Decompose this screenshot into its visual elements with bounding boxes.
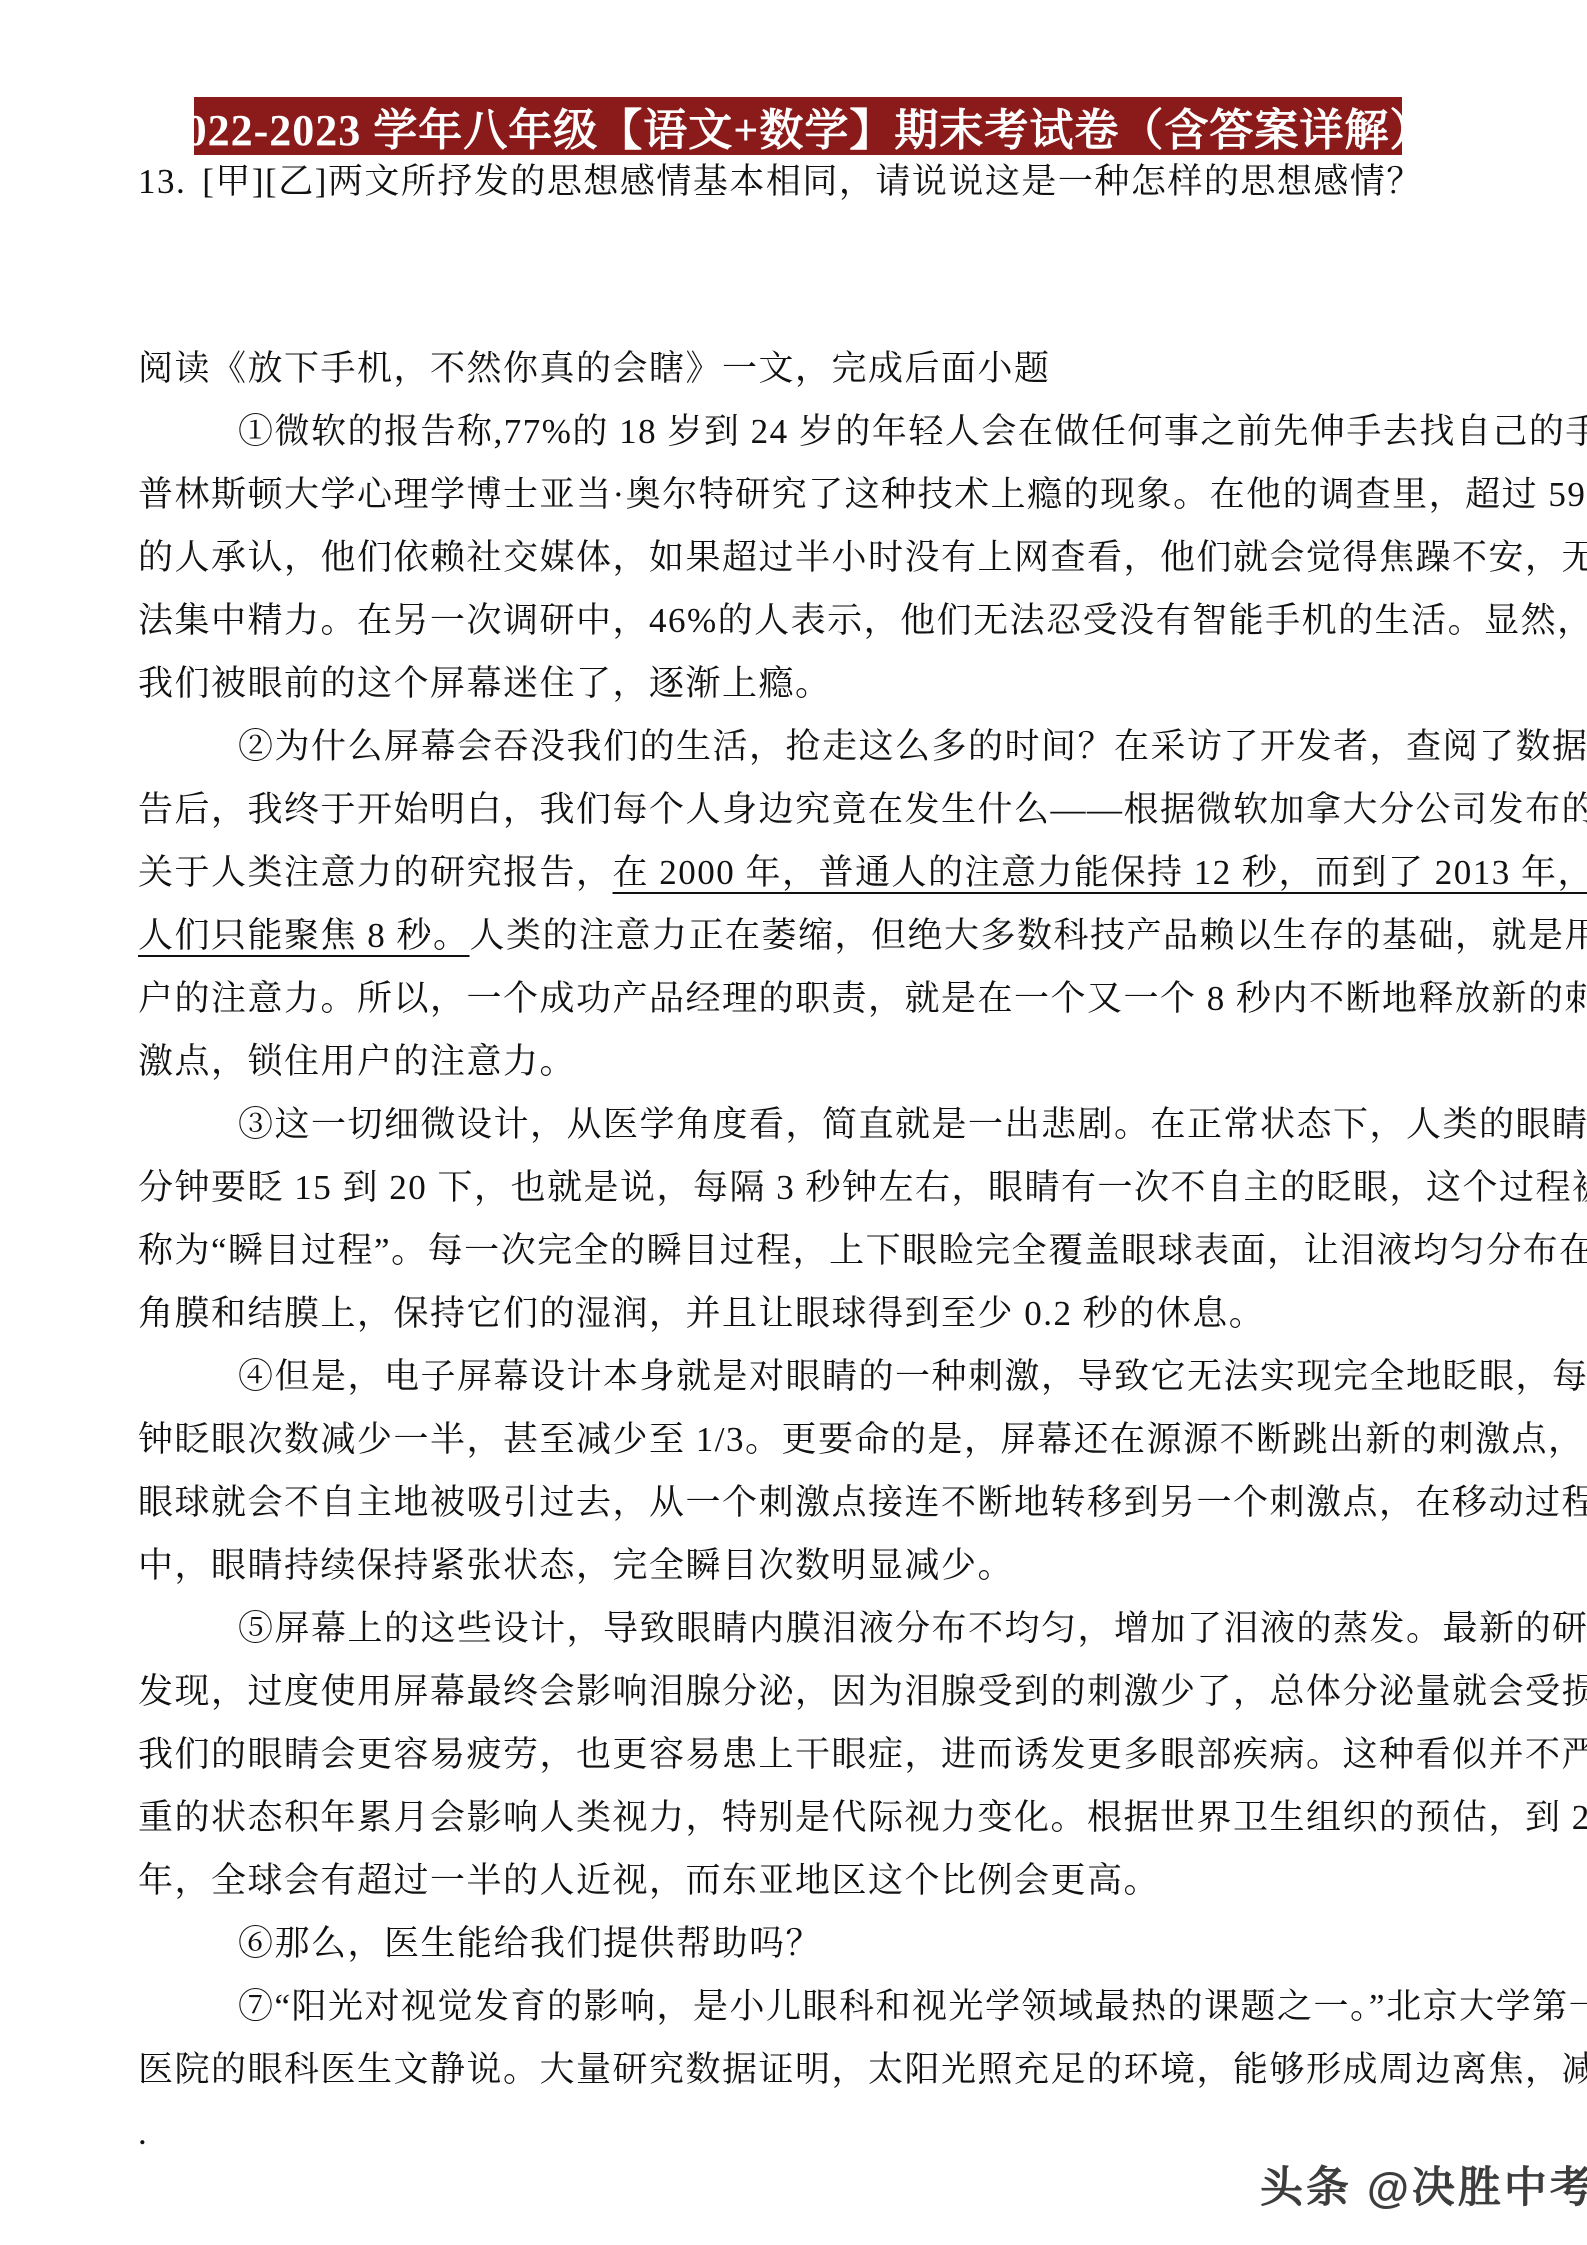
passage-text: 中，眼睛持续保持紧张状态，完全瞬目次数明显减少。 (138, 1546, 1014, 1585)
passage-line: ①微软的报告称,77%的 18 岁到 24 岁的年轻人会在做任何事之前先伸手去找… (138, 400, 1518, 463)
passage-text: 我们被眼前的这个屏幕迷住了，逐渐上瘾。 (138, 664, 832, 703)
passage-text: ③这一切细微设计，从医学角度看，简直就是一出悲剧。在正常状态下，人类的眼睛每 (238, 1105, 1587, 1144)
passage-line: 重的状态积年累月会影响人类视力，特别是代际视力变化。根据世界卫生组织的预估，到 … (138, 1786, 1518, 1849)
passage-text: ⑥那么，医生能给我们提供帮助吗？ (238, 1924, 822, 1963)
passage-line: 普林斯顿大学心理学博士亚当·奥尔特研究了这种技术上瘾的现象。在他的调查里，超过 … (138, 463, 1518, 526)
passage-text: 关于人类注意力的研究报告， (138, 853, 613, 892)
passage-line: 激点，锁住用户的注意力。 (138, 1030, 1518, 1093)
passage-text: 普林斯顿大学心理学博士亚当·奥尔特研究了这种技术上瘾的现象。在他的调查里，超过 … (138, 475, 1587, 514)
passage-text: 分钟要眨 15 到 20 下，也就是说，每隔 3 秒钟左右，眼睛有一次不自主的眨… (138, 1168, 1587, 1207)
passage-line: ②为什么屏幕会吞没我们的生活，抢走这么多的时间？在采访了开发者，查阅了数据报 (138, 715, 1518, 778)
passage-text: 重的状态积年累月会影响人类视力，特别是代际视力变化。根据世界卫生组织的预估，到 … (138, 1798, 1587, 1837)
passage-line: 眼球就会不自主地被吸引过去，从一个刺激点接连不断地转移到另一个刺激点，在移动过程 (138, 1471, 1518, 1534)
passage-line: 角膜和结膜上，保持它们的湿润，并且让眼球得到至少 0.2 秒的休息。 (138, 1282, 1518, 1345)
passage-line: ④但是，电子屏幕设计本身就是对眼睛的一种刺激，导致它无法实现完全地眨眼，每分 (138, 1345, 1518, 1408)
passage-line: 的人承认，他们依赖社交媒体，如果超过半小时没有上网查看，他们就会觉得焦躁不安，无 (138, 526, 1518, 589)
passage-text: 人类的注意力正在萎缩，但 (470, 916, 908, 955)
passage-text: 我们的眼睛会更容易疲劳，也更容易患上干眼症，进而诱发更多眼部疾病。这种看似并不严 (138, 1735, 1587, 1774)
exam-title: 2022-2023 学年八年级【语文+数学】期末考试卷（含答案详解） (162, 94, 1435, 158)
passage-line: ⑦“阳光对视觉发育的影响，是小儿眼科和视光学领域最热的课题之一。”北京大学第一 (138, 1975, 1518, 2038)
passage-text: ②为什么屏幕会吞没我们的生活，抢走这么多的时间？在采访了开发者，查阅了数据报 (238, 727, 1587, 766)
watermark: 头条 @决胜中考 (1260, 2160, 1587, 2216)
passage-line: 我们的眼睛会更容易疲劳，也更容易患上干眼症，进而诱发更多眼部疾病。这种看似并不严 (138, 1723, 1518, 1786)
passage-line: 医院的眼科医生文静说。大量研究数据证明，太阳光照充足的环境，能够形成周边离焦，减 (138, 2038, 1518, 2101)
passage-text: 户的注意力。所以，一个成功产品经理的职责，就是在一个又一个 8 秒内不断地释放新… (138, 979, 1587, 1018)
passage-line: 中，眼睛持续保持紧张状态，完全瞬目次数明显减少。 (138, 1534, 1518, 1597)
passage-line: 发现，过度使用屏幕最终会影响泪腺分泌，因为泪腺受到的刺激少了，总体分泌量就会受损… (138, 1660, 1518, 1723)
passage-line: ⑥那么，医生能给我们提供帮助吗？ (138, 1912, 1518, 1975)
passage-line: 分钟要眨 15 到 20 下，也就是说，每隔 3 秒钟左右，眼睛有一次不自主的眨… (138, 1156, 1518, 1219)
passage-line: 人们只能聚焦 8 秒。人类的注意力正在萎缩，但绝大多数科技产品赖以生存的基础，就… (138, 904, 1518, 967)
passage-text: 眼球就会不自主地被吸引过去，从一个刺激点接连不断地转移到另一个刺激点，在移动过程 (138, 1483, 1587, 1522)
passage-text: 称为“瞬目过程”。每一次完全的瞬目过程，上下眼睑完全覆盖眼球表面，让泪液均匀分布… (138, 1231, 1587, 1270)
underlined-text: 在 2000 年，普通人的注意力能保持 12 秒，而到了 2013 年， (613, 853, 1587, 892)
passage-text: 的人承认，他们依赖社交媒体，如果超过半小时没有上网查看，他们就会觉得焦躁不安，无 (138, 538, 1587, 577)
passage-line: 阅读《放下手机，不然你真的会瞎》一文，完成后面小题 (138, 337, 1518, 400)
passage-text: 发现，过度使用屏幕最终会影响泪腺分泌，因为泪腺受到的刺激少了，总体分泌量就会受损… (138, 1672, 1587, 1711)
passage-line: 告后，我终于开始明白，我们每个人身边究竟在发生什么——根据微软加拿大分公司发布的 (138, 778, 1518, 841)
question-text: [甲][乙]两文所抒发的思想感情基本相同，请说说这是一种怎样的思想感情？ (202, 162, 1423, 201)
passage-line: 法集中精力。在另一次调研中，46%的人表示，他们无法忍受没有智能手机的生活。显然… (138, 589, 1518, 652)
passage-text: . (138, 2113, 148, 2152)
passage-text: ⑤屏幕上的这些设计，导致眼睛内膜泪液分布不均匀，增加了泪液的蒸发。最新的研究 (238, 1609, 1587, 1648)
passage-line: 钟眨眼次数减少一半，甚至减少至 1/3。更要命的是，屏幕还在源源不断跳出新的刺激… (138, 1408, 1518, 1471)
passage-line: ⑤屏幕上的这些设计，导致眼睛内膜泪液分布不均匀，增加了泪液的蒸发。最新的研究 (138, 1597, 1518, 1660)
passage-text: 钟眨眼次数减少一半，甚至减少至 1/3。更要命的是，屏幕还在源源不断跳出新的刺激… (138, 1420, 1584, 1459)
passage-text: 激点，锁住用户的注意力。 (138, 1042, 576, 1081)
passage-line: 关于人类注意力的研究报告，在 2000 年，普通人的注意力能保持 12 秒，而到… (138, 841, 1518, 904)
passage-line: ③这一切细微设计，从医学角度看，简直就是一出悲剧。在正常状态下，人类的眼睛每 (138, 1093, 1518, 1156)
passage-line: 我们被眼前的这个屏幕迷住了，逐渐上瘾。 (138, 652, 1518, 715)
passage-line: . (138, 2101, 1518, 2164)
passage-text: ④但是，电子屏幕设计本身就是对眼睛的一种刺激，导致它无法实现完全地眨眼，每分 (238, 1357, 1587, 1396)
passage-text: ⑦“阳光对视觉发育的影响，是小儿眼科和视光学领域最热的课题之一。”北京大学第一 (238, 1987, 1587, 2026)
passage-body: 阅读《放下手机，不然你真的会瞎》一文，完成后面小题①微软的报告称,77%的 18… (138, 337, 1518, 2164)
passage-line: 户的注意力。所以，一个成功产品经理的职责，就是在一个又一个 8 秒内不断地释放新… (138, 967, 1518, 1030)
passage-line: 称为“瞬目过程”。每一次完全的瞬目过程，上下眼睑完全覆盖眼球表面，让泪液均匀分布… (138, 1219, 1518, 1282)
passage-line: 年，全球会有超过一半的人近视，而东亚地区这个比例会更高。 (138, 1849, 1518, 1912)
title-banner: 2022-2023 学年八年级【语文+数学】期末考试卷（含答案详解） (194, 97, 1402, 155)
passage-text: 角膜和结膜上，保持它们的湿润，并且让眼球得到至少 0.2 秒的休息。 (138, 1294, 1265, 1333)
underlined-text: 人们只能聚焦 8 秒。 (138, 916, 470, 955)
passage-text: 阅读《放下手机，不然你真的会瞎》一文，完成后面小题 (138, 349, 1051, 388)
question-13: 13.[甲][乙]两文所抒发的思想感情基本相同，请说说这是一种怎样的思想感情？ (138, 150, 1423, 213)
passage-text: ①微软的报告称,77%的 18 岁到 24 岁的年轻人会在做任何事之前先伸手去找… (238, 412, 1587, 451)
passage-text: 医院的眼科医生文静说。大量研究数据证明，太阳光照充足的环境，能够形成周边离焦，减 (138, 2050, 1587, 2089)
question-number: 13. (138, 162, 186, 201)
passage-text: 法集中精力。在另一次调研中，46%的人表示，他们无法忍受没有智能手机的生活。显然… (138, 601, 1587, 640)
dot-emphasized-text: 绝大多数 (908, 916, 1054, 955)
passage-text: 科技产品赖以生存的基础，就是用 (1054, 916, 1587, 955)
passage-text: 年，全球会有超过一半的人近视，而东亚地区这个比例会更高。 (138, 1861, 1160, 1900)
passage-text: 告后，我终于开始明白，我们每个人身边究竟在发生什么——根据微软加拿大分公司发布的 (138, 790, 1587, 829)
